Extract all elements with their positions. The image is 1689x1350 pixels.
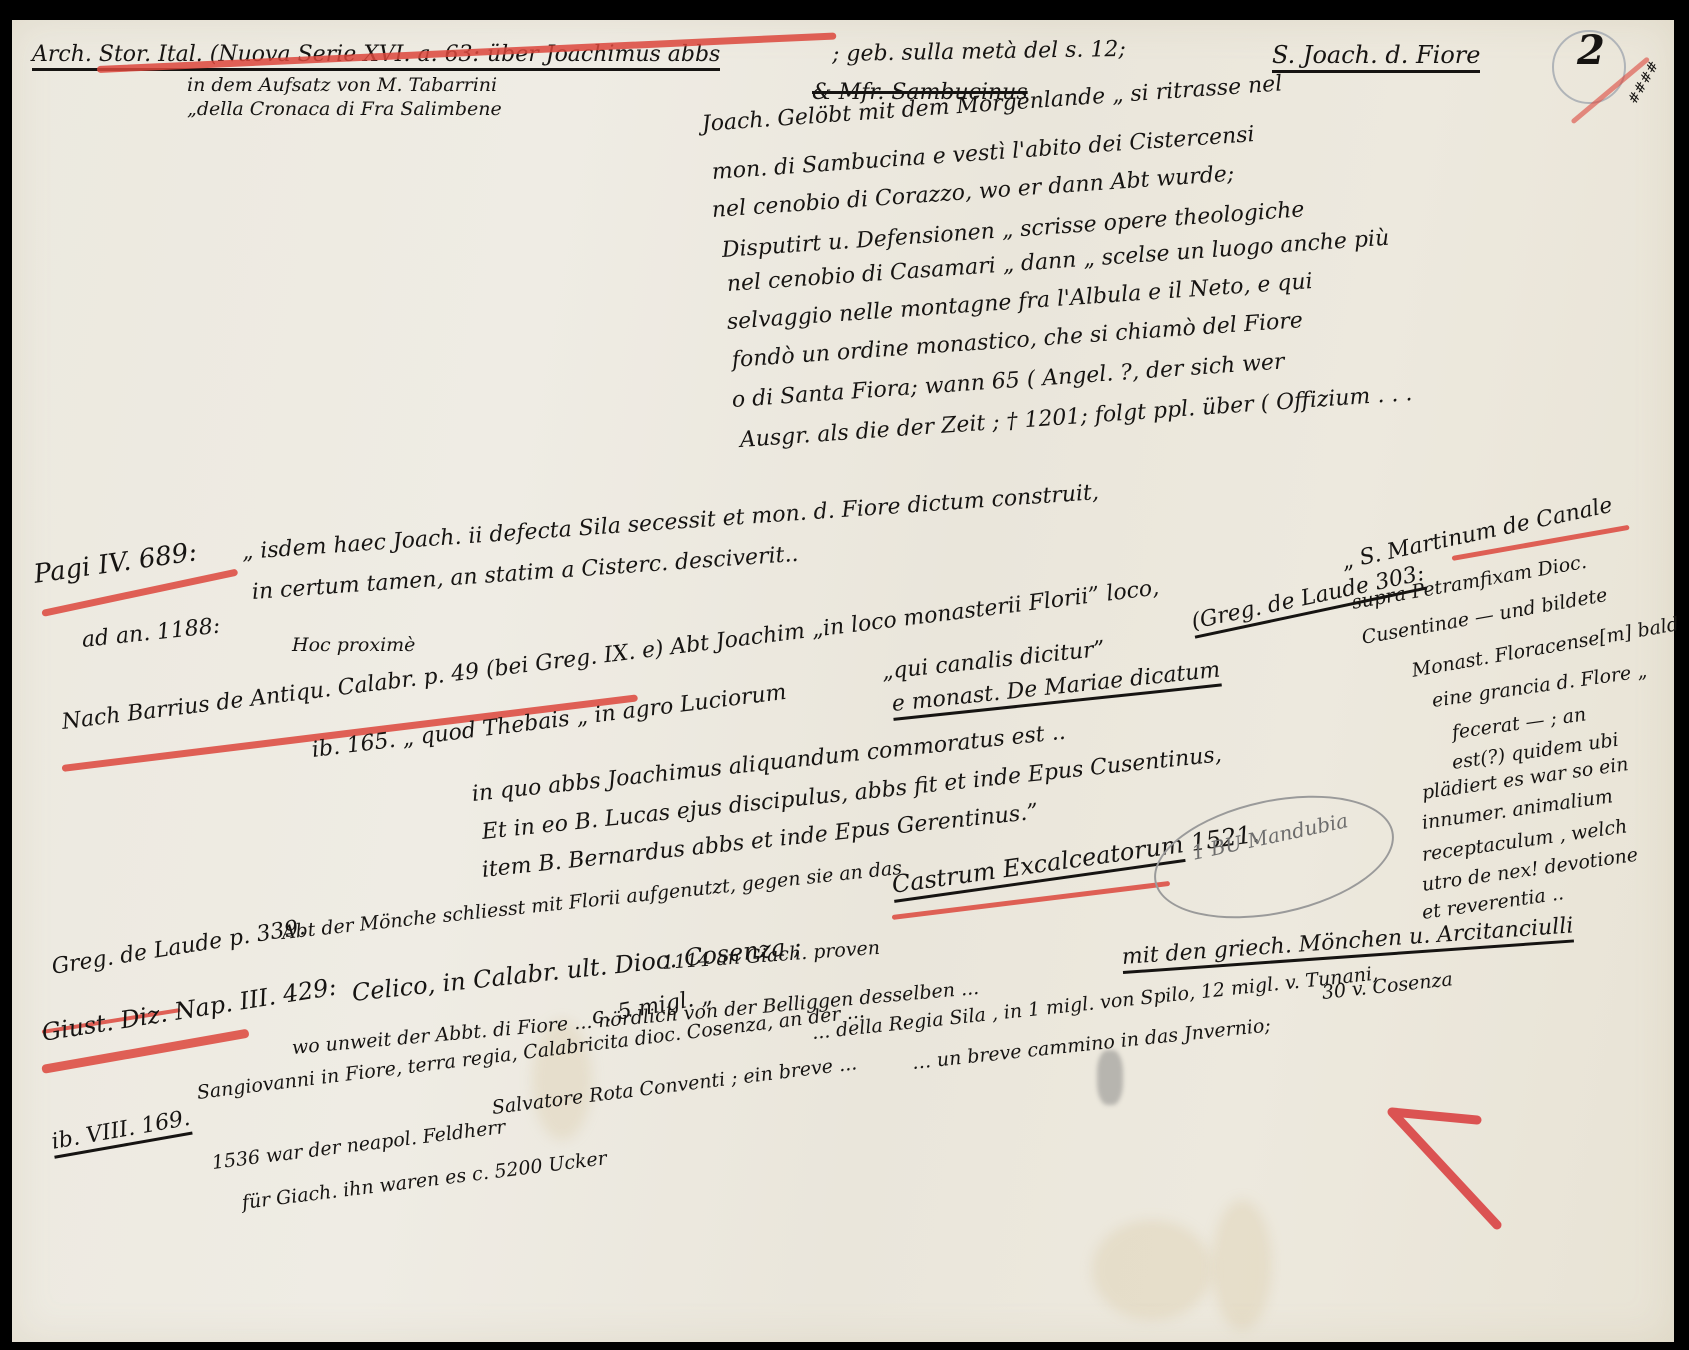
pencil-circle <box>1143 776 1405 938</box>
ib-viii-ref: ib. VIII. 169. <box>50 1106 192 1156</box>
greg-339-line-3: mit den griech. Mönchen u. Arcitanciulli <box>1121 913 1574 970</box>
page-heading: S. Joach. d. Fiore <box>1272 42 1480 68</box>
folio-number: 2 <box>1577 38 1605 64</box>
archivio-article-line: in dem Aufsatz von M. Tabarrini <box>187 72 497 98</box>
paper-stain <box>1092 1220 1212 1320</box>
archivio-ref-continued: ; geb. sulla metà del s. 12; <box>832 37 1126 68</box>
ink-blot <box>1097 1050 1123 1105</box>
greg-339-ref: Greg. de Laude p. 339. <box>50 915 307 981</box>
manuscript-page: Arch. Stor. Ital. (Nuova Serie XVI. a. 6… <box>12 20 1674 1342</box>
pagi-ref: Pagi IV. 689: <box>32 539 198 588</box>
paper-stain <box>1212 1200 1272 1330</box>
red-check-mark-icon <box>1382 1100 1522 1240</box>
archivio-cronaca-line: „della Cronaca di Fra Salimbene <box>187 96 502 122</box>
pagi-year: ad an. 1188: <box>81 614 222 654</box>
pagi-line-3: Hoc proximè <box>292 632 415 658</box>
